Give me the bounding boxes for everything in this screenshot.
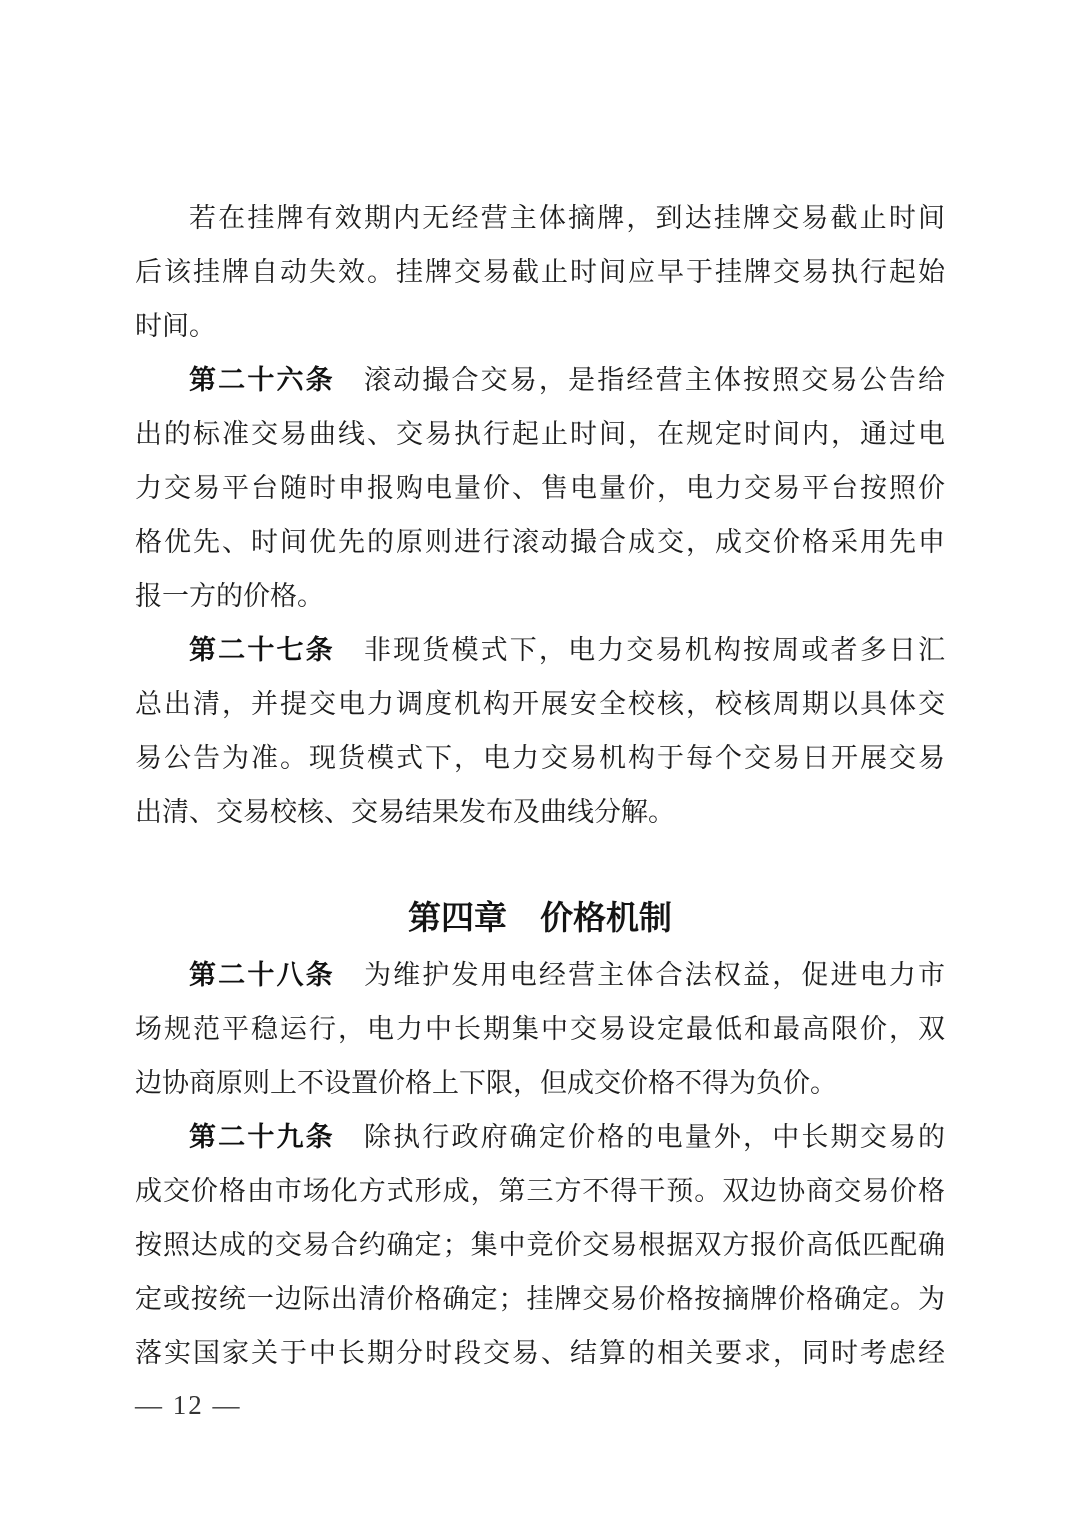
text-run: 场规范平稳运行，电力中长期集中交易设定最低和最高限价，双 (135, 1014, 945, 1044)
text-run: 成交价格由市场化方式形成，第三方不得干预。双边协商交易价格 (135, 1176, 945, 1206)
text-line: 报一方的价格。 (135, 569, 945, 623)
text-run: 按照达成的交易合约确定；集中竞价交易根据双方报价高低匹配确 (135, 1230, 945, 1260)
text-line: 若在挂牌有效期内无经营主体摘牌，到达挂牌交易截止时间 (135, 191, 945, 245)
text-line: 成交价格由市场化方式形成，第三方不得干预。双边协商交易价格 (135, 1164, 945, 1218)
text-run: 时间。 (135, 311, 216, 341)
text-line: 第二十七条 非现货模式下，电力交易机构按周或者多日汇 (135, 623, 945, 677)
text-line: 出的标准交易曲线、交易执行起止时间，在规定时间内，通过电 (135, 407, 945, 461)
text-run: 易公告为准。现货模式下，电力交易机构于每个交易日开展交易 (135, 743, 945, 773)
text-run: 定或按统一边际出清价格确定；挂牌交易价格按摘牌价格确定。为 (135, 1284, 945, 1314)
text-run: 若在挂牌有效期内无经营主体摘牌，到达挂牌交易截止时间 (189, 203, 945, 233)
page-number: — 12 — (135, 1391, 242, 1419)
text-run: 边协商原则上不设置价格上下限，但成交价格不得为负价。 (135, 1068, 837, 1098)
text-run: 除执行政府确定价格的电量外，中长期交易的 (335, 1122, 945, 1152)
text-run: 落实国家关于中长期分时段交易、结算的相关要求，同时考虑经 (135, 1338, 945, 1368)
article-number: 第二十九条 (189, 1122, 335, 1152)
text-run: 后该挂牌自动失效。挂牌交易截止时间应早于挂牌交易执行起始 (135, 257, 945, 287)
document-page: 若在挂牌有效期内无经营主体摘牌，到达挂牌交易截止时间后该挂牌自动失效。挂牌交易截… (0, 0, 1080, 1527)
article-number: 第二十七条 (189, 635, 335, 665)
text-line: 第二十六条 滚动撮合交易，是指经营主体按照交易公告给 (135, 353, 945, 407)
text-line: 力交易平台随时申报购电量价、售电量价，电力交易平台按照价 (135, 461, 945, 515)
text-line: 边协商原则上不设置价格上下限，但成交价格不得为负价。 (135, 1056, 945, 1110)
text-line: 总出清，并提交电力调度机构开展安全校核，校核周期以具体交 (135, 677, 945, 731)
text-line: 出清、交易校核、交易结果发布及曲线分解。 (135, 785, 945, 839)
text-line: 按照达成的交易合约确定；集中竞价交易根据双方报价高低匹配确 (135, 1218, 945, 1272)
text-line: 定或按统一边际出清价格确定；挂牌交易价格按摘牌价格确定。为 (135, 1272, 945, 1326)
text-line: 落实国家关于中长期分时段交易、结算的相关要求，同时考虑经 (135, 1326, 945, 1380)
text-line: 第二十九条 除执行政府确定价格的电量外，中长期交易的 (135, 1110, 945, 1164)
article-number: 第二十八条 (189, 960, 335, 990)
text-run: 总出清，并提交电力调度机构开展安全校核，校核周期以具体交 (135, 689, 945, 719)
section-chapter-3-tail: 若在挂牌有效期内无经营主体摘牌，到达挂牌交易截止时间后该挂牌自动失效。挂牌交易截… (135, 191, 945, 839)
text-run: 出清、交易校核、交易结果发布及曲线分解。 (135, 797, 675, 827)
article-number: 第二十六条 (189, 365, 335, 395)
text-run: 格优先、时间优先的原则进行滚动撮合成交，成交价格采用先申 (135, 527, 945, 557)
text-line: 第二十八条 为维护发用电经营主体合法权益，促进电力市 (135, 948, 945, 1002)
text-line: 时间。 (135, 299, 945, 353)
text-line: 后该挂牌自动失效。挂牌交易截止时间应早于挂牌交易执行起始 (135, 245, 945, 299)
text-line: 格优先、时间优先的原则进行滚动撮合成交，成交价格采用先申 (135, 515, 945, 569)
text-run: 报一方的价格。 (135, 581, 324, 611)
text-run: 非现货模式下，电力交易机构按周或者多日汇 (335, 635, 945, 665)
text-line: 场规范平稳运行，电力中长期集中交易设定最低和最高限价，双 (135, 1002, 945, 1056)
chapter-heading: 第四章 价格机制 (135, 891, 945, 945)
text-run: 力交易平台随时申报购电量价、售电量价，电力交易平台按照价 (135, 473, 945, 503)
document-body: 若在挂牌有效期内无经营主体摘牌，到达挂牌交易截止时间后该挂牌自动失效。挂牌交易截… (135, 191, 945, 1380)
text-run: 出的标准交易曲线、交易执行起止时间，在规定时间内，通过电 (135, 419, 945, 449)
text-run: 滚动撮合交易，是指经营主体按照交易公告给 (335, 365, 945, 395)
section-chapter-4: 第二十八条 为维护发用电经营主体合法权益，促进电力市场规范平稳运行，电力中长期集… (135, 948, 945, 1380)
text-run: 为维护发用电经营主体合法权益，促进电力市 (335, 960, 945, 990)
text-line: 易公告为准。现货模式下，电力交易机构于每个交易日开展交易 (135, 731, 945, 785)
